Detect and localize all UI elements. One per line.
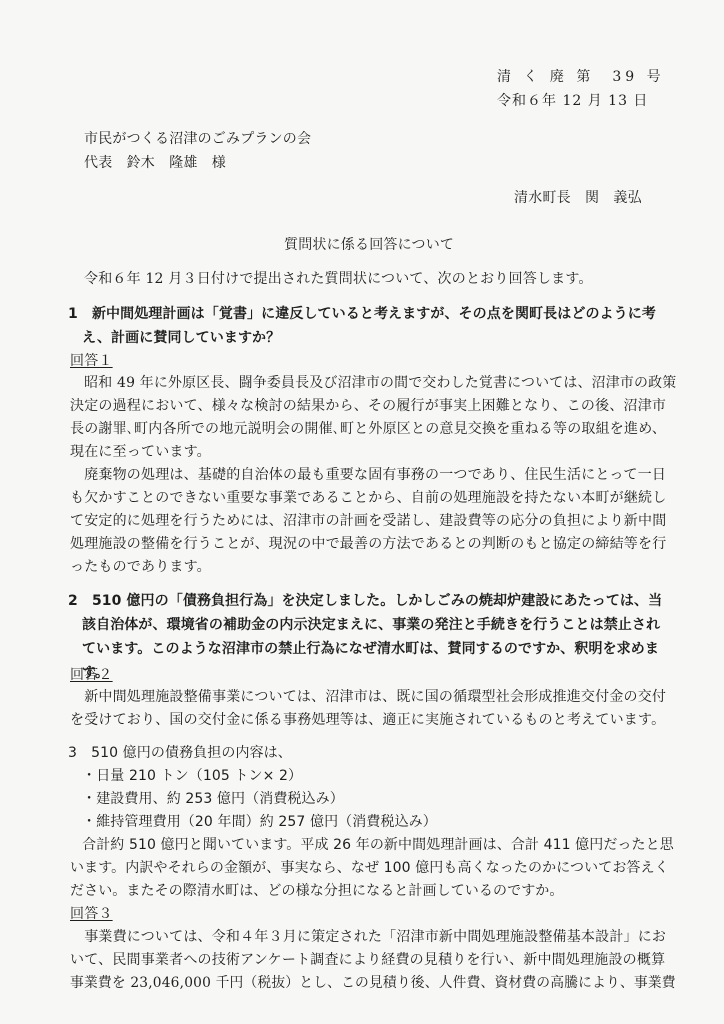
document-number: 清 く 廃 第 39 号 xyxy=(497,66,665,86)
answer-1-line: ったものであります。 xyxy=(70,556,211,576)
recipient-name: 代表 鈴木 隆雄 様 xyxy=(84,152,226,172)
question-3-line: います。内訳やそれらの金額が、事実なら、なぜ 100 億円も高くなったのかについ… xyxy=(70,857,669,877)
answer-1-line: 処理施設の整備を行うことが、現況の中で最善の方法であるとの判断のもと協定の締結等… xyxy=(70,533,666,553)
answer-2-line: 新中間処理施設整備事業については、沼津市は、既に国の循環型社会形成推進交付金の交… xyxy=(70,686,666,706)
answer-1-line: 長の謝罪､町内各所での地元説明会の開催､町と外原区との意見交換を重ねる等の取組を… xyxy=(70,418,666,438)
answer-3-label: 回答３ xyxy=(70,903,113,923)
answer-3-line: 事業費を 23,046,000 千円（税抜）とし、この見積り後、人件費、資材費の… xyxy=(70,972,676,992)
question-3-line: ・建設費用、約 253 億円（消費税込み） xyxy=(68,788,344,808)
question-3-line: ・日量 210 トン（105 トン× 2） xyxy=(68,765,302,785)
question-2-line: 2 510 億円の「債務負担行為」を決定しました。しかしごみの焼却炉建設にあたっ… xyxy=(68,590,662,610)
question-2-line: 該自治体が、環境省の補助金の内示決定まえに、事業の発注と手続きを行うことは禁止さ… xyxy=(82,614,660,634)
question-3-line: ・維持管理費用（20 年間）約 257 億円（消費税込み） xyxy=(68,811,437,831)
question-3-line: ださい。またその際清水町は、どの様な分担になると計画しているのですか。 xyxy=(70,880,564,900)
question-1-line: え、計画に賛同していますか？ xyxy=(82,327,280,347)
answer-1-label: 回答１ xyxy=(70,350,113,370)
answer-2-label: 回答２ xyxy=(70,664,113,684)
answer-1-line: 決定の過程において、様々な検討の結果から、その履行が事実上困難となり、この後、沼… xyxy=(70,395,666,415)
answer-1-line: て安定的に処理を行うためには、沼津市の計画を受諾し、建設費等の応分の負担により新… xyxy=(70,510,666,530)
question-1-line: 1 新中間処理計画は「覚書」に違反していると考えますが、その点を関町長はどのよう… xyxy=(68,303,656,323)
question-3-line: 合計約 510 億円と聞いています。平成 26 年の新中間処理計画は、合計 41… xyxy=(68,834,674,854)
sender: 清水町長 関 義弘 xyxy=(514,187,642,207)
answer-1-line: も欠かすことのできない重要な事業であることから、自前の処理施設を持たない本町が継… xyxy=(70,487,666,507)
answer-1-line: 昭和 49 年に外原区長、闘争委員長及び沼津市の間で交わした覚書については、沼津… xyxy=(70,372,676,392)
document-page: 清 く 廃 第 39 号 令和６年 12 月 13 日 市民がつくる沼津のごみプ… xyxy=(0,0,724,1024)
intro-text: 令和６年 12 月３日付けで提出された質問状について、次のとおり回答します。 xyxy=(84,268,593,288)
answer-3-line: いて、民間事業者への技術アンケート調査により経費の見積りを行い、新中間処理施設の… xyxy=(70,949,665,969)
answer-1-line: 廃棄物の処理は、基礎的自治体の最も重要な固有事務の一つであり、住民生活にとって一… xyxy=(70,464,666,484)
answer-1-line: 現在に至っています。 xyxy=(70,441,211,461)
question-3-line: 3 510 億円の債務負担の内容は、 xyxy=(68,742,292,762)
document-title: 質問状に係る回答について xyxy=(284,234,454,254)
answer-3-line: 事業費については、令和４年３月に策定された「沼津市新中間処理施設整備基本設計」に… xyxy=(70,926,666,946)
question-2-line: ています。このような沼津市の禁止行為になぜ清水町は、賛同するのですか、釈明を求め… xyxy=(82,638,659,658)
recipient-organization: 市民がつくる沼津のごみプランの会 xyxy=(84,128,311,148)
document-date: 令和６年 12 月 13 日 xyxy=(497,90,648,110)
answer-2-line: を受けており、国の交付金に係る事務処理等は、適正に実施されているものと考えていま… xyxy=(70,709,665,729)
